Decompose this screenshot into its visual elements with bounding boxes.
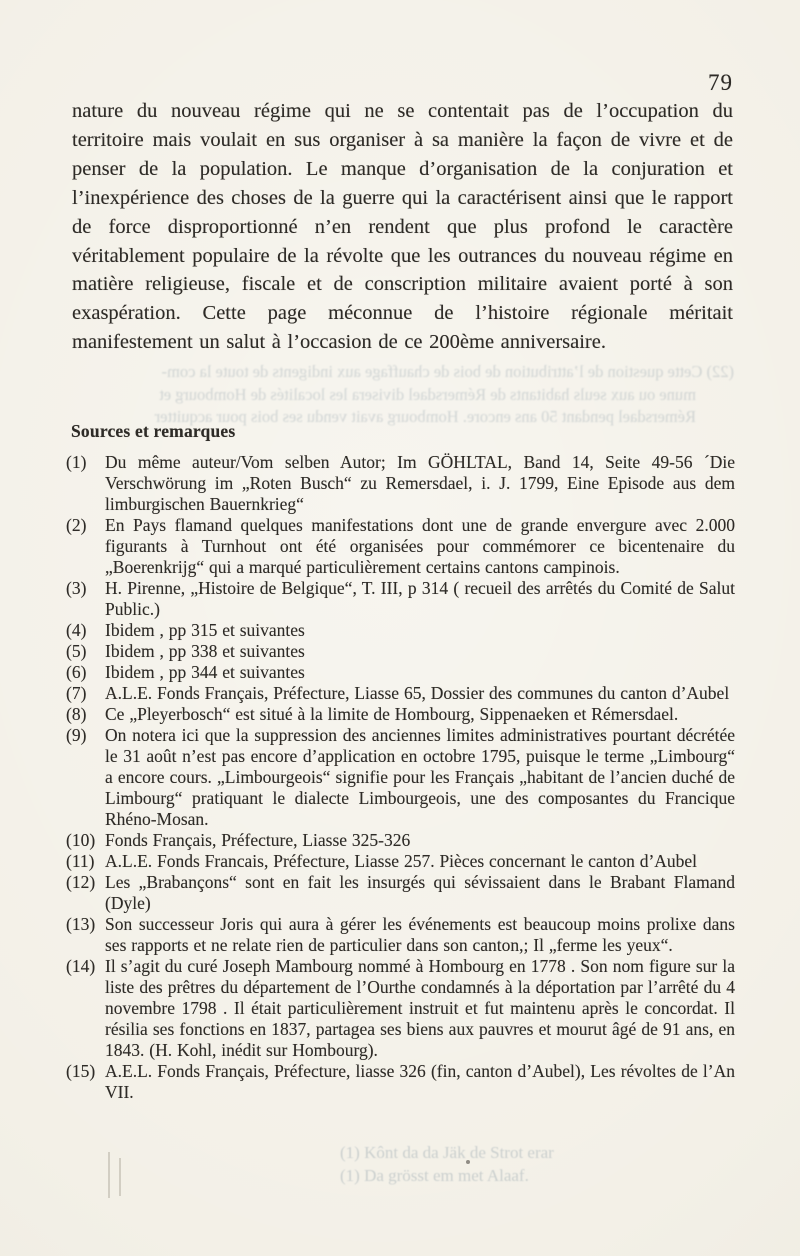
ink-showthrough-mirrored: (22) Cette question de l’attribution de … bbox=[66, 361, 734, 429]
note-number: (15) bbox=[66, 1061, 105, 1103]
note-item: (13)Son successeur Joris qui aura à gére… bbox=[66, 914, 735, 956]
note-item: (9)On notera ici que la suppression des … bbox=[66, 725, 735, 830]
note-item: (15)A.E.L. Fonds Français, Préfecture, l… bbox=[66, 1061, 735, 1103]
note-number: (8) bbox=[66, 704, 105, 725]
note-number: (14) bbox=[66, 956, 105, 1061]
note-item: (5)Ibidem , pp 338 et suivantes bbox=[66, 641, 735, 662]
note-item: (6)Ibidem , pp 344 et suivantes bbox=[66, 662, 735, 683]
note-item: (4)Ibidem , pp 315 et suivantes bbox=[66, 620, 735, 641]
sources-heading: Sources et remarques bbox=[71, 421, 235, 442]
note-text: H. Pirenne, „Histoire de Belgique“, T. I… bbox=[105, 578, 735, 620]
note-text: En Pays flamand quelques manifestations … bbox=[105, 515, 735, 578]
note-number: (3) bbox=[66, 578, 105, 620]
scan-artifact-line bbox=[108, 1152, 110, 1198]
note-number: (2) bbox=[66, 515, 105, 578]
note-item: (7)A.L.E. Fonds Français, Préfecture, Li… bbox=[66, 683, 735, 704]
note-number: (1) bbox=[66, 452, 105, 515]
note-number: (7) bbox=[66, 683, 105, 704]
ink-showthrough-bottom: (1) Kônt da da Jäk de Strot erar(1) Da g… bbox=[340, 1141, 554, 1187]
note-number: (5) bbox=[66, 641, 105, 662]
note-text: Son successeur Joris qui aura à gérer le… bbox=[105, 914, 735, 956]
note-item: (10)Fonds Français, Préfecture, Liasse 3… bbox=[66, 830, 735, 851]
note-number: (12) bbox=[66, 872, 105, 914]
note-number: (10) bbox=[66, 830, 105, 851]
note-text: Ibidem , pp 315 et suivantes bbox=[105, 620, 735, 641]
note-number: (11) bbox=[66, 851, 105, 872]
note-item: (8)Ce „Pleyerbosch“ est situé à la limit… bbox=[66, 704, 735, 725]
note-number: (4) bbox=[66, 620, 105, 641]
note-item: (11)A.L.E. Fonds Francais, Préfecture, L… bbox=[66, 851, 735, 872]
note-text: Fonds Français, Préfecture, Liasse 325-3… bbox=[105, 830, 735, 851]
note-number: (9) bbox=[66, 725, 105, 830]
scanned-book-page: 79 nature du nouveau régime qui ne se co… bbox=[0, 0, 800, 1256]
showthrough-line: (1) Da grösst em met Alaaf. bbox=[340, 1164, 554, 1187]
scan-speck bbox=[466, 1160, 470, 1164]
page-number: 79 bbox=[708, 70, 733, 96]
body-paragraph: nature du nouveau régime qui ne se conte… bbox=[72, 97, 733, 357]
showthrough-line: mune ou aux seuls habitants de Rémersdae… bbox=[66, 384, 734, 407]
footnotes-list: (1)Du même auteur/Vom selben Autor; Im G… bbox=[66, 452, 735, 1103]
note-text: Ibidem , pp 338 et suivantes bbox=[105, 641, 735, 662]
note-text: A.L.E. Fonds Francais, Préfecture, Liass… bbox=[105, 851, 735, 872]
note-item: (1)Du même auteur/Vom selben Autor; Im G… bbox=[66, 452, 735, 515]
note-text: On notera ici que la suppression des anc… bbox=[105, 725, 735, 830]
note-item: (12)Les „Brabançons“ sont en fait les in… bbox=[66, 872, 735, 914]
scan-artifact-line bbox=[119, 1158, 121, 1196]
note-text: Du même auteur/Vom selben Autor; Im GÖHL… bbox=[105, 452, 735, 515]
note-item: (3)H. Pirenne, „Histoire de Belgique“, T… bbox=[66, 578, 735, 620]
note-text: A.E.L. Fonds Français, Préfecture, liass… bbox=[105, 1061, 735, 1103]
note-text: Ibidem , pp 344 et suivantes bbox=[105, 662, 735, 683]
showthrough-line: (1) Kônt da da Jäk de Strot erar bbox=[340, 1141, 554, 1164]
note-text: Ce „Pleyerbosch“ est situé à la limite d… bbox=[105, 704, 735, 725]
note-number: (6) bbox=[66, 662, 105, 683]
note-text: Les „Brabançons“ sont en fait les insurg… bbox=[105, 872, 735, 914]
note-text: A.L.E. Fonds Français, Préfecture, Liass… bbox=[105, 683, 735, 704]
note-text: Il s’agit du curé Joseph Mambourg nommé … bbox=[105, 956, 735, 1061]
showthrough-line: (22) Cette question de l’attribution de … bbox=[66, 361, 734, 384]
note-item: (2)En Pays flamand quelques manifestatio… bbox=[66, 515, 735, 578]
note-number: (13) bbox=[66, 914, 105, 956]
note-item: (14)Il s’agit du curé Joseph Mambourg no… bbox=[66, 956, 735, 1061]
